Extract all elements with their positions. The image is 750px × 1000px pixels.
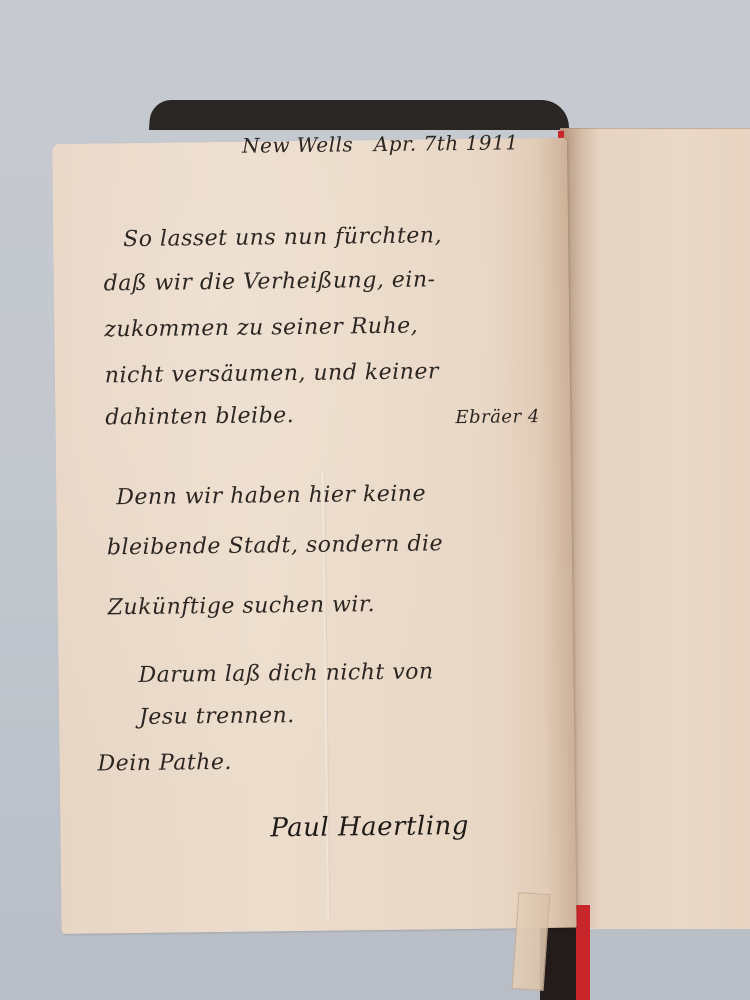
verse-reference: Ebräer 4: [455, 406, 540, 428]
verse-1-line: daß wir die Verheißung, ein-: [104, 267, 436, 296]
closing: Dein Pathe.: [97, 750, 232, 777]
place-date: New Wells Apr. 7th 1911: [242, 130, 519, 157]
verse-2-line: bleibende Stadt, sondern die: [107, 531, 443, 560]
date: Apr. 7th 1911: [374, 130, 519, 156]
inscription-page: New Wells Apr. 7th 1911 So lasset uns nu…: [52, 138, 577, 934]
verse-1-line: dahinten bleibe.: [105, 403, 294, 430]
verse-1-line: So lasset uns nun fürchten,: [123, 223, 442, 252]
verse-2-line: Denn wir haben hier keine: [116, 481, 426, 510]
admonition-line: Jesu trennen.: [139, 703, 295, 730]
book-cover-top: [149, 100, 571, 130]
place: New Wells: [242, 132, 353, 157]
admonition-line: Darum laß dich nicht von: [138, 659, 433, 688]
verse-1-line: zukommen zu seiner Ruhe,: [104, 314, 418, 343]
verse-2-line: Zukünftige suchen wir.: [108, 592, 376, 620]
repair-tape: [512, 892, 551, 991]
verse-1-line: nicht versäumen, und keiner: [105, 359, 439, 388]
signature: Paul Haertling: [270, 811, 469, 843]
